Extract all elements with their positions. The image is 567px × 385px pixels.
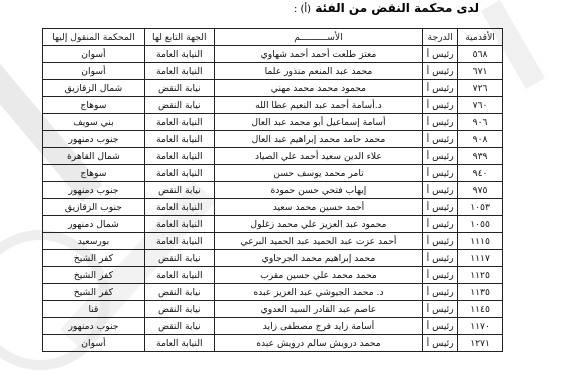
table-row: ١١٤٥رئيس أعاصم عبد القادر السيد العدويني…: [43, 301, 503, 318]
header-name: الأســــــــــم: [214, 29, 422, 46]
cell-grade: رئيس أ: [423, 148, 458, 165]
cell-rank: ٧٦٠: [458, 97, 503, 114]
table-row: ١١٣٥رئيس أد. محمد الجيوشي عبد العزيز عبد…: [43, 284, 503, 301]
cell-transferred-to: جنوب الزقازيق: [43, 199, 145, 216]
cell-rank: ٩٠٦: [458, 114, 503, 131]
cell-grade: رئيس أ: [423, 165, 458, 182]
cell-grade: رئيس أ: [423, 267, 458, 284]
cell-transferred-to: شمال القاهرة: [43, 148, 145, 165]
cell-transferred-to: جنوب دمنهور: [43, 182, 145, 199]
cell-rank: ١١٣٥: [458, 284, 503, 301]
header-rank: الأقدمية: [458, 29, 503, 46]
cell-name: أحمد عزت عبد الحميد عبد الحميد البرعي: [214, 233, 422, 250]
cell-transferred-to: كفر الشيخ: [43, 284, 145, 301]
cell-transferred-to: شمال الزقازيق: [43, 80, 145, 97]
table-row: ٩٣٩رئيس أعلاء الدين سعيد أحمد علي الصياد…: [43, 148, 503, 165]
cell-department: النيابة العامة: [144, 199, 214, 216]
cell-grade: رئيس أ: [423, 301, 458, 318]
cell-transferred-to: أسوان: [43, 335, 145, 352]
cell-name: عاصم عبد القادر السيد العدوي: [214, 301, 422, 318]
cell-rank: ٩٧٥: [458, 182, 503, 199]
heading-title: لدى محكمة النقض من الفئة: [315, 1, 479, 15]
cell-rank: ١١٤٥: [458, 301, 503, 318]
cell-grade: رئيس أ: [423, 284, 458, 301]
cell-grade: رئيس أ: [423, 97, 458, 114]
cell-rank: ١١٧٠: [458, 318, 503, 335]
cell-rank: ٦٧١: [458, 63, 503, 80]
cell-name: د. محمد الجيوشي عبد العزيز عبده: [214, 284, 422, 301]
table-row: ٩٧٥رئيس أإيهاب فتحي حسن حمودةنيابة النقض…: [43, 182, 503, 199]
cell-department: النيابة العامة: [144, 63, 214, 80]
cell-name: محمد عبد المنعم منذور علما: [214, 63, 422, 80]
cell-grade: رئيس أ: [423, 199, 458, 216]
cell-grade: رئيس أ: [423, 233, 458, 250]
table-row: ١١٧٠رئيس أأسامة زايد فرج مصطفى زايدنيابة…: [43, 318, 503, 335]
cell-grade: رئيس أ: [423, 46, 458, 63]
table-row: ١١١٥رئيس أأحمد عزت عبد الحميد عبد الحميد…: [43, 233, 503, 250]
cell-name: محمود محمد محمد مهني: [214, 80, 422, 97]
cell-name: إيهاب فتحي حسن حمودة: [214, 182, 422, 199]
cell-transferred-to: شمال دمنهور: [43, 216, 145, 233]
cell-name: تامر محمد يوسف حسن: [214, 165, 422, 182]
cell-name: محمد حامد محمد إبراهيم عبد العال: [214, 131, 422, 148]
cell-name: معتز طلعت أحمد أحمد شهاوي: [214, 46, 422, 63]
cell-transferred-to: بني سويف: [43, 114, 145, 131]
cell-rank: ١٢٧١: [458, 335, 503, 352]
cell-department: النيابة العامة: [144, 114, 214, 131]
cell-transferred-to: كفر الشيخ: [43, 250, 145, 267]
header-grade: الدرجة: [423, 29, 458, 46]
cell-name: أسامة إسماعيل أبو محمد عبد العال: [214, 114, 422, 131]
table-row: ٧٢٦رئيس أمحمود محمد محمد مهنينيابة النقض…: [43, 80, 503, 97]
table-row: ١٢٧١رئيس أمحمد درويش سالم درويش عبدهالني…: [43, 335, 503, 352]
cell-department: نيابة النقض: [144, 80, 214, 97]
cell-rank: ٩٣٩: [458, 148, 503, 165]
cell-grade: رئيس أ: [423, 114, 458, 131]
cell-rank: ٥٦٨: [458, 46, 503, 63]
cell-rank: ١١٢٥: [458, 267, 503, 284]
cell-rank: ٩٠٨: [458, 131, 503, 148]
cell-grade: رئيس أ: [423, 318, 458, 335]
cell-department: نيابة النقض: [144, 250, 214, 267]
cell-grade: رئيس أ: [423, 335, 458, 352]
cell-name: علاء الدين سعيد أحمد علي الصياد: [214, 148, 422, 165]
cell-department: النيابة العامة: [144, 233, 214, 250]
cell-rank: ٧٢٦: [458, 80, 503, 97]
table-header-row: الأقدمية الدرجة الأســــــــــم الجهة ال…: [43, 29, 503, 46]
cell-department: النيابة العامة: [144, 165, 214, 182]
cell-transferred-to: جنوب دمنهور: [43, 318, 145, 335]
table-row: ١١١٧رئيس أمحمد إبراهيم محمد الجرجاوينياب…: [43, 250, 503, 267]
cell-grade: رئيس أ: [423, 250, 458, 267]
cell-name: أحمد حسين محمد سعيد: [214, 199, 422, 216]
cell-grade: رئيس أ: [423, 216, 458, 233]
cell-department: نيابة النقض: [144, 284, 214, 301]
cell-grade: رئيس أ: [423, 80, 458, 97]
cell-department: النيابة العامة: [144, 131, 214, 148]
cell-department: النيابة العامة: [144, 216, 214, 233]
cell-rank: ١٠٥٥: [458, 216, 503, 233]
table-row: ١١٢٥رئيس أمحمد محمد علي حسين مقربالنيابة…: [43, 267, 503, 284]
cell-grade: رئيس أ: [423, 131, 458, 148]
cell-rank: ٩٤٠: [458, 165, 503, 182]
cell-rank: ١١١٥: [458, 233, 503, 250]
cell-transferred-to: أسوان: [43, 46, 145, 63]
cell-department: النيابة العامة: [144, 148, 214, 165]
cell-rank: ١٠٥٣: [458, 199, 503, 216]
cell-name: محمود عبد العزيز علي محمد زغلول: [214, 216, 422, 233]
table-row: ٩٤٠رئيس أتامر محمد يوسف حسنالنيابة العام…: [43, 165, 503, 182]
cell-transferred-to: أسوان: [43, 63, 145, 80]
section-heading: لدى محكمة النقض من الفئة (أ) :: [294, 1, 479, 15]
cell-department: نيابة النقض: [144, 318, 214, 335]
cell-department: النيابة العامة: [144, 267, 214, 284]
table-row: ٦٧١رئيس أمحمد عبد المنعم منذور علماالنيا…: [43, 63, 503, 80]
cell-name: أسامة زايد فرج مصطفى زايد: [214, 318, 422, 335]
table-row: ٩٠٨رئيس أمحمد حامد محمد إبراهيم عبد العا…: [43, 131, 503, 148]
cell-department: نيابة النقض: [144, 182, 214, 199]
table-row: ٧٦٠رئيس أد.أسامة أحمد عبد النعيم عطا الل…: [43, 97, 503, 114]
transfers-table: الأقدمية الدرجة الأســــــــــم الجهة ال…: [42, 28, 503, 352]
cell-department: النيابة العامة: [144, 46, 214, 63]
cell-name: محمد محمد علي حسين مقرب: [214, 267, 422, 284]
cell-grade: رئيس أ: [423, 182, 458, 199]
cell-name: د.أسامة أحمد عبد النعيم عطا الله: [214, 97, 422, 114]
table-row: ١٠٥٣رئيس أأحمد حسين محمد سعيدالنيابة الع…: [43, 199, 503, 216]
cell-transferred-to: جنوب دمنهور: [43, 131, 145, 148]
cell-transferred-to: قنا: [43, 301, 145, 318]
cell-transferred-to: سوهاج: [43, 165, 145, 182]
cell-department: نيابة النقض: [144, 301, 214, 318]
cell-transferred-to: بورسعيد: [43, 233, 145, 250]
table-row: ٥٦٨رئيس أمعتز طلعت أحمد أحمد شهاويالنياب…: [43, 46, 503, 63]
header-department: الجهة التابع لها: [144, 29, 214, 46]
cell-transferred-to: سوهاج: [43, 97, 145, 114]
cell-department: نيابة النقض: [144, 97, 214, 114]
header-transferred-to: المحكمة المنقول إليها: [43, 29, 145, 46]
cell-department: النيابة العامة: [144, 335, 214, 352]
cell-name: محمد درويش سالم درويش عبده: [214, 335, 422, 352]
heading-suffix: (أ) :: [294, 4, 311, 15]
cell-rank: ١١١٧: [458, 250, 503, 267]
cell-name: محمد إبراهيم محمد الجرجاوي: [214, 250, 422, 267]
cell-grade: رئيس أ: [423, 63, 458, 80]
table-row: ١٠٥٥رئيس أمحمود عبد العزيز علي محمد زغلو…: [43, 216, 503, 233]
cell-transferred-to: كفر الشيخ: [43, 267, 145, 284]
table-row: ٩٠٦رئيس أأسامة إسماعيل أبو محمد عبد العا…: [43, 114, 503, 131]
